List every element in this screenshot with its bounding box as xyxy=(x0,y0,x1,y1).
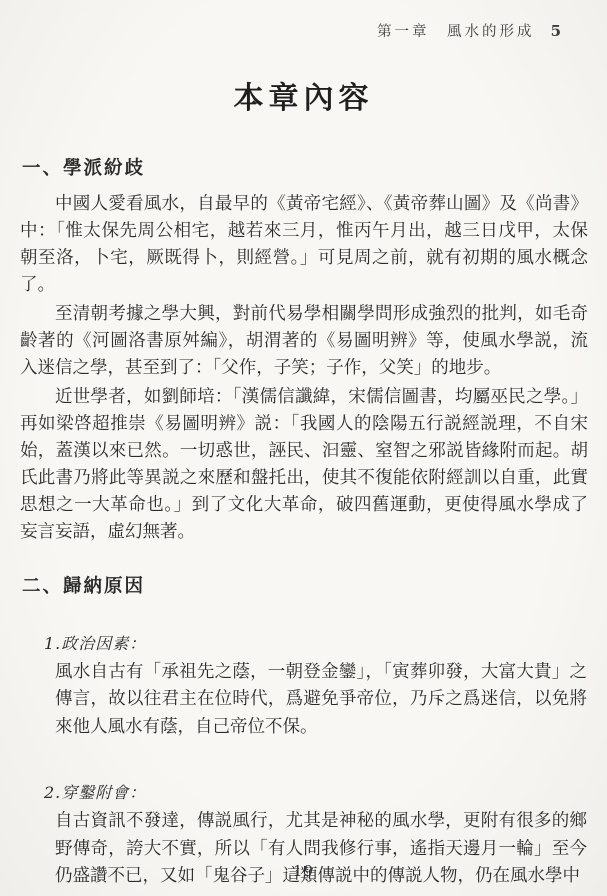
paragraph-origins: 中國人愛看風水，自最早的《黃帝宅經》、《黃帝葬山圖》及《尚書》中：「惟太保先周公… xyxy=(20,191,588,299)
section-heading-school-divergence: 一、學派紛歧 xyxy=(0,114,607,191)
running-header-page-number: 5 xyxy=(551,22,561,40)
book-page: 第一章 風水的形成5 本章內容 一、學派紛歧 中國人愛看風水，自最早的《黃帝宅經… xyxy=(0,0,607,896)
section-heading-summarized-reasons: 二、歸納原因 xyxy=(0,548,607,609)
running-header: 第一章 風水的形成5 xyxy=(377,20,561,41)
paragraph-qing-criticism: 至清朝考據之學大興，對前代易學相關學問形成強烈的批判，如毛奇齡著的《河圖洛書原舛… xyxy=(20,301,588,382)
chapter-contents-title: 本章內容 xyxy=(0,0,607,114)
subsection-label-far-fetched-claims: 2.穿鑿附會： xyxy=(44,783,607,804)
subsection-label-political-factor: 1.政治因素： xyxy=(44,634,607,655)
paragraph-modern-scholars: 近世學者，如劉師培：「漢儒信讖緯，宋儒信圖書，均屬巫民之學。」再如梁啓超推崇《易… xyxy=(20,384,588,546)
footer-page-number: 19 xyxy=(0,862,607,880)
running-header-chapter-title: 第一章 風水的形成 xyxy=(377,24,535,40)
subsection-text-political-factor: 風水自古有「承祖先之蔭，一朝登金鑾」，「寅葬卯發，大富大貴」之傳言，故以往君主在… xyxy=(55,659,587,742)
